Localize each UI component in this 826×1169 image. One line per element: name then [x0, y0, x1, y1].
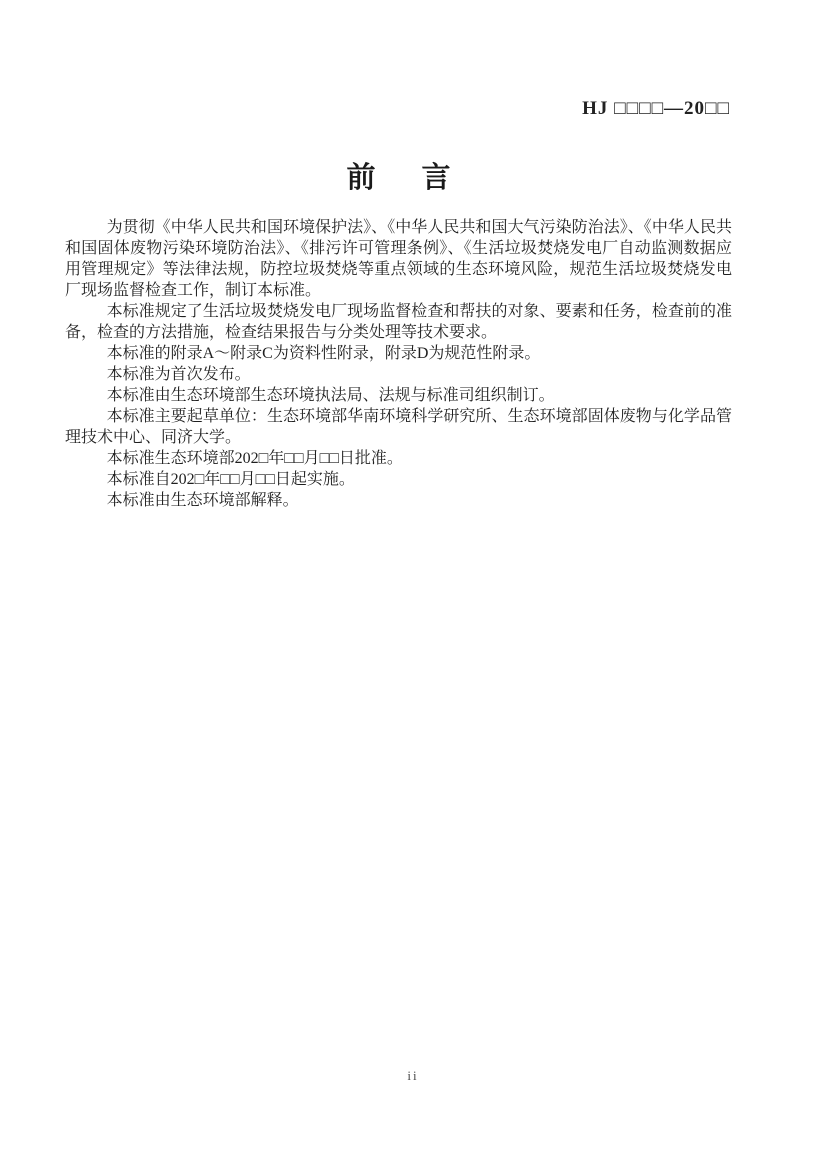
page-title: 前 言: [65, 161, 732, 195]
foreword-paragraph-drafting-units: 本标准主要起草单位：生态环境部华南环境科学研究所、生态环境部固体废物与化学品管理…: [65, 406, 732, 448]
foreword-paragraph-appendices: 本标准的附录A～附录C为资料性附录，附录D为规范性附录。: [65, 343, 732, 364]
page-title-char-2: 言: [422, 161, 451, 195]
foreword-paragraph-organizer: 本标准由生态环境部生态环境执法局、法规与标准司组织制订。: [65, 385, 732, 406]
foreword-paragraph-approval-date: 本标准生态环境部202□年□□月□□日批准。: [65, 448, 732, 469]
page-number: ii: [0, 1068, 826, 1084]
foreword-paragraph-scope: 本标准规定了生活垃圾焚烧发电厂现场监督检查和帮扶的对象、要素和任务，检查前的准备…: [65, 301, 732, 343]
standard-number-header: HJ □□□□—20□□: [582, 98, 730, 120]
foreword-paragraph-purpose: 为贯彻《中华人民共和国环境保护法》、《中华人民共和国大气污染防治法》、《中华人民…: [65, 217, 732, 301]
document-page: HJ □□□□—20□□ 前 言 为贯彻《中华人民共和国环境保护法》、《中华人民…: [0, 0, 826, 1169]
foreword-paragraph-first-release: 本标准为首次发布。: [65, 364, 732, 385]
page-title-char-1: 前: [346, 161, 375, 195]
foreword-paragraph-implementation-date: 本标准自202□年□□月□□日起实施。: [65, 469, 732, 490]
foreword-paragraph-interpretation: 本标准由生态环境部解释。: [65, 490, 732, 511]
foreword-body: 为贯彻《中华人民共和国环境保护法》、《中华人民共和国大气污染防治法》、《中华人民…: [65, 217, 732, 511]
